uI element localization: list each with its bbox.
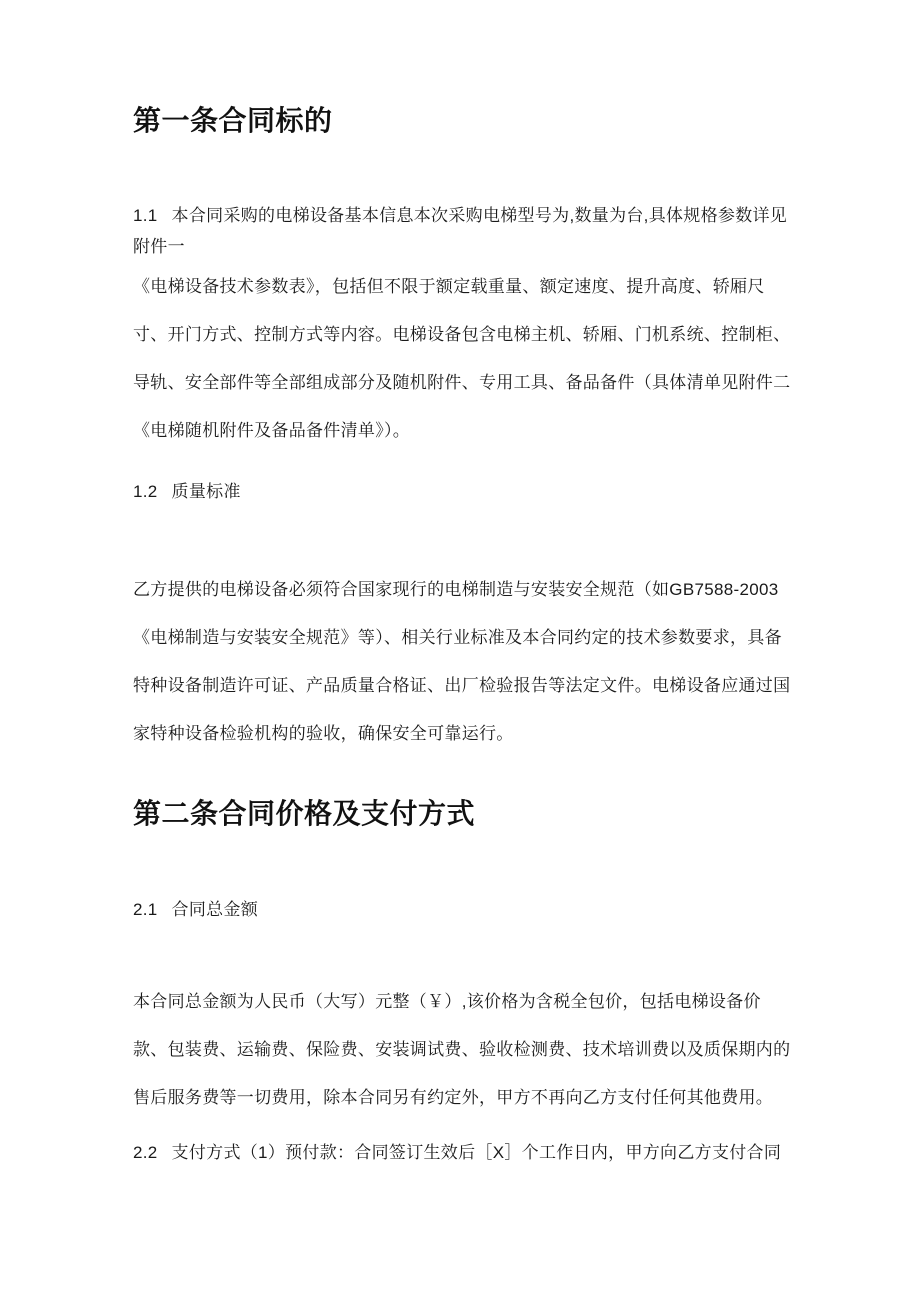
article1-heading: 第一条合同标的 xyxy=(133,101,793,141)
spec-paragraph: 《电梯设备技术参数表》，包括但不限于额定载重量、额定速度、提升高度、轿厢尺寸、开… xyxy=(133,263,793,455)
amount-paragraph: 本合同总金额为人民币（大写）元整（￥）,该价格为含税全包价，包括电梯设备价款、包… xyxy=(133,978,793,1122)
clause-1-2: 1.2质量标准 xyxy=(133,468,793,516)
clause-2-1-title: 合同总金额 xyxy=(172,900,259,919)
clause-1-2-title: 质量标准 xyxy=(172,482,241,501)
clause-1-2-number: 1.2 xyxy=(133,468,158,516)
clause-2-1: 2.1合同总金额 xyxy=(133,886,793,934)
clause-2-2-number: 2.2 xyxy=(133,1129,158,1177)
contract-page: 第一条合同标的 1.1本合同采购的电梯设备基本信息本次采购电梯型号为,数量为台,… xyxy=(0,0,920,1301)
article2-heading: 第二条合同价格及支付方式 xyxy=(133,794,793,834)
clause-2-2-text: 支付方式（1）预付款：合同签订生效后［X］个工作日内，甲方向乙方支付合同 xyxy=(172,1143,782,1162)
clause-2-2: 2.2支付方式（1）预付款：合同签订生效后［X］个工作日内，甲方向乙方支付合同 xyxy=(133,1129,793,1177)
clause-1-1-text: 本合同采购的电梯设备基本信息本次采购电梯型号为,数量为台,具体规格参数详见附件一 xyxy=(133,206,787,256)
clause-2-1-number: 2.1 xyxy=(133,886,158,934)
clause-1-1-number: 1.1 xyxy=(133,200,158,231)
clause-1-1: 1.1本合同采购的电梯设备基本信息本次采购电梯型号为,数量为台,具体规格参数详见… xyxy=(133,200,793,262)
quality-paragraph: 乙方提供的电梯设备必须符合国家现行的电梯制造与安装安全规范（如GB7588-20… xyxy=(133,566,793,758)
